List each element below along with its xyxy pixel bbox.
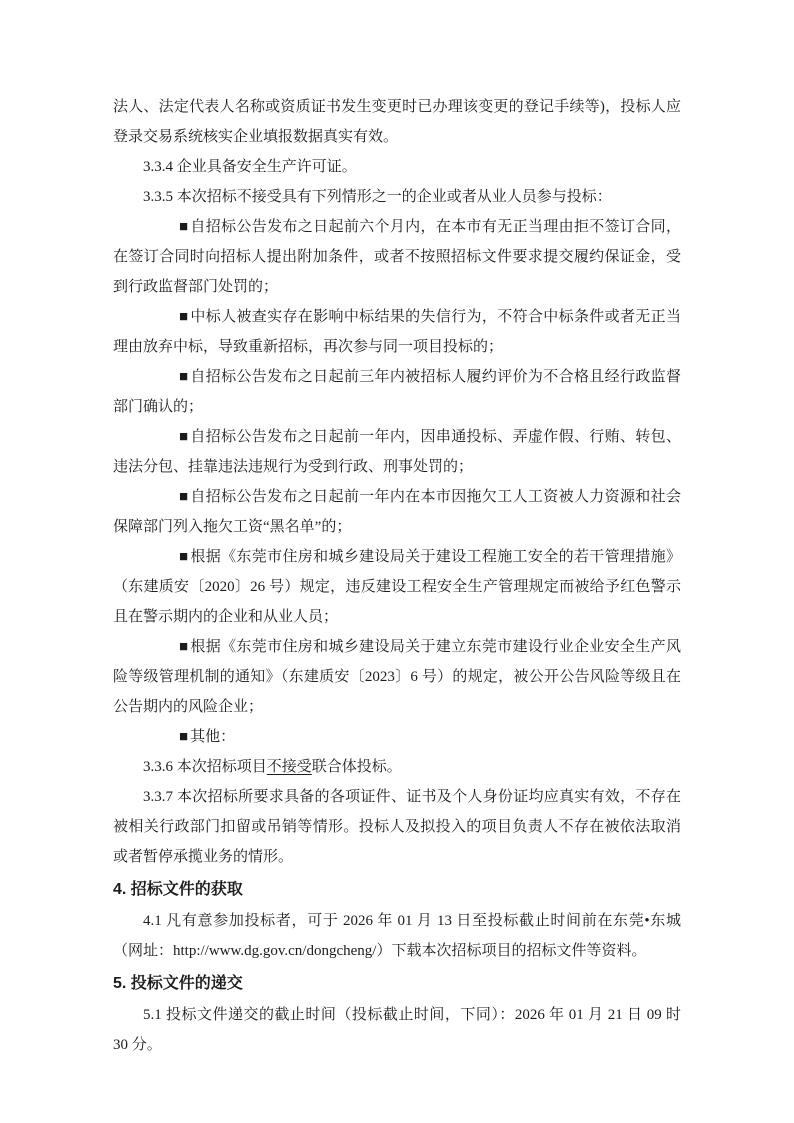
- para-3-3-7-valid-certificates: 3.3.7 本次招标所要求具备的各项证件、证书及个人身份证均应真实有效，不存在被…: [113, 782, 681, 872]
- text-run: 联合体投标。: [312, 759, 402, 775]
- para-5-1-deadline: 5.1 投标文件递交的截止时间（投标截止时间，下同）：2026 年 01 月 2…: [113, 1000, 681, 1060]
- text-run: 自招标公告发布之日起前六个月内，在本市有无正当理由拒不签订合同，在签订合同时向招…: [113, 219, 681, 295]
- filled-square-bullet-icon: ■: [179, 729, 188, 745]
- text-run: 法人、法定代表人名称或资质证书发生变更时已办理该变更的登记手续等)，投标人应登录…: [113, 99, 681, 145]
- text-run: 根据《东莞市住房和城乡建设局关于建立东莞市建设行业企业安全生产风险等级管理机制的…: [113, 639, 681, 715]
- underlined-text-run: 不接受: [267, 759, 312, 775]
- para-3-3-6-no-consortium: 3.3.6 本次招标项目不接受联合体投标。: [113, 752, 681, 782]
- bullet-item-red-warning: ■根据《东莞市住房和城乡建设局关于建设工程施工安全的若干管理措施》（东建质安〔2…: [113, 542, 681, 632]
- filled-square-bullet-icon: ■: [179, 219, 188, 235]
- bullet-item-risk-grade-announced: ■根据《东莞市住房和城乡建设局关于建立东莞市建设行业企业安全生产风险等级管理机制…: [113, 632, 681, 722]
- bullet-item-failed-performance-evaluation: ■自招标公告发布之日起前三年内被招标人履约评价为不合格且经行政监督部门确认的；: [113, 362, 681, 422]
- para-4-1-download-info: 4.1 凡有意参加投标者，可于 2026 年 01 月 13 日至投标截止时间前…: [113, 906, 681, 966]
- text-run: 4. 招标文件的获取: [113, 881, 243, 898]
- bullet-item-refuse-contract: ■自招标公告发布之日起前六个月内，在本市有无正当理由拒不签订合同，在签订合同时向…: [113, 212, 681, 302]
- document-page: 法人、法定代表人名称或资质证书发生变更时已办理该变更的登记手续等)，投标人应登录…: [0, 0, 794, 1123]
- filled-square-bullet-icon: ■: [179, 639, 188, 655]
- text-run: 根据《东莞市住房和城乡建设局关于建设工程施工安全的若干管理措施》（东建质安〔20…: [113, 549, 681, 625]
- filled-square-bullet-icon: ■: [179, 309, 188, 325]
- filled-square-bullet-icon: ■: [179, 429, 188, 445]
- bullet-item-dishonest-winner: ■中标人被查实存在影响中标结果的失信行为，不符合中标条件或者无正当理由放弃中标，…: [113, 302, 681, 362]
- bullet-item-bid-rigging-penalty: ■自招标公告发布之日起前一年内，因串通投标、弄虚作假、行贿、转包、违法分包、挂靠…: [113, 422, 681, 482]
- heading-5-submission-of-bids: 5. 投标文件的递交: [113, 969, 681, 999]
- bullet-item-other: ■其他：: [113, 722, 681, 752]
- text-run: 5. 投标文件的递交: [113, 975, 243, 992]
- document-body: 法人、法定代表人名称或资质证书发生变更时已办理该变更的登记手续等)，投标人应登录…: [113, 92, 681, 1060]
- text-run: 自招标公告发布之日起前三年内被招标人履约评价为不合格且经行政监督部门确认的；: [113, 369, 681, 415]
- text-run: 5.1 投标文件递交的截止时间（投标截止时间，下同）：2026 年 01 月 2…: [113, 1007, 681, 1053]
- para-continuation-register-info: 法人、法定代表人名称或资质证书发生变更时已办理该变更的登记手续等)，投标人应登录…: [113, 92, 681, 152]
- para-3-3-4-safety-license: 3.3.4 企业具备安全生产许可证。: [113, 152, 681, 182]
- text-run: 3.3.5 本次招标不接受具有下列情形之一的企业或者从业人员参与投标：: [143, 189, 612, 205]
- text-run: 3.3.4 企业具备安全生产许可证。: [143, 159, 357, 175]
- text-run: 3.3.7 本次招标所要求具备的各项证件、证书及个人身份证均应真实有效，不存在被…: [113, 789, 681, 865]
- filled-square-bullet-icon: ■: [179, 369, 188, 385]
- text-run: 其他：: [190, 729, 235, 745]
- bullet-item-wage-arrears-blacklist: ■自招标公告发布之日起前一年内在本市因拖欠工人工资被人力资源和社会保障部门列入拖…: [113, 482, 681, 542]
- filled-square-bullet-icon: ■: [179, 489, 188, 505]
- heading-4-obtain-bidding-documents: 4. 招标文件的获取: [113, 875, 681, 905]
- filled-square-bullet-icon: ■: [179, 549, 188, 565]
- para-3-3-5-not-accepted-intro: 3.3.5 本次招标不接受具有下列情形之一的企业或者从业人员参与投标：: [113, 182, 681, 212]
- text-run: 自招标公告发布之日起前一年内在本市因拖欠工人工资被人力资源和社会保障部门列入拖欠…: [113, 489, 681, 535]
- text-run: 3.3.6 本次招标项目: [143, 759, 267, 775]
- text-run: 自招标公告发布之日起前一年内，因串通投标、弄虚作假、行贿、转包、违法分包、挂靠违…: [113, 429, 681, 475]
- text-run: 中标人被查实存在影响中标结果的失信行为，不符合中标条件或者无正当理由放弃中标，导…: [113, 309, 681, 355]
- text-run: 4.1 凡有意参加投标者，可于 2026 年 01 月 13 日至投标截止时间前…: [113, 913, 681, 959]
